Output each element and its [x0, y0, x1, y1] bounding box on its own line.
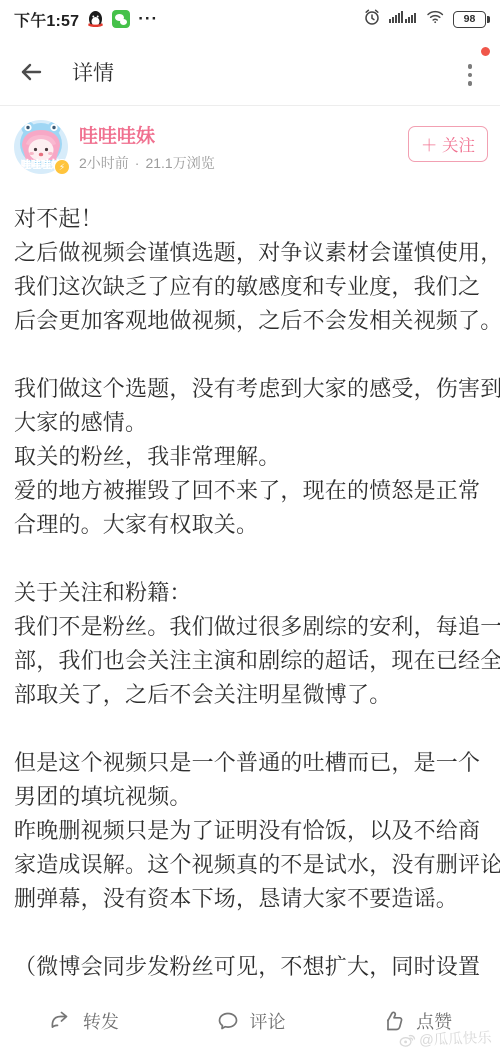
comment-icon	[215, 1008, 241, 1034]
post-text-line: 家造成误解。这个视频真的不是试水，没有删评论	[14, 848, 486, 882]
battery-percent: 98	[464, 13, 476, 25]
status-bar-right: 98	[363, 8, 486, 31]
post-text-line	[14, 542, 486, 576]
post-text-line: 我们这次缺乏了应有的敏感度和专业度，我们之	[14, 270, 486, 304]
post-text-line	[14, 916, 486, 950]
comment-button[interactable]: 评论	[167, 1008, 334, 1034]
post-text-line: 大家的感情。	[14, 406, 486, 440]
page-title: 详情	[72, 57, 114, 87]
post-text-line: 我们不是粉丝。我们做过很多剧综的安利，每追一	[14, 610, 486, 644]
post-text: 对不起！之后做视频会谨慎选题，对争议素材会谨慎使用，我们这次缺乏了应有的敏感度和…	[0, 202, 500, 984]
nav-menu-area	[454, 52, 486, 92]
watermark-text: @瓜瓜快乐	[419, 1026, 492, 1050]
comment-label: 评论	[250, 1008, 286, 1034]
wechat-icon	[112, 10, 130, 28]
repost-button[interactable]: 转发	[0, 1008, 167, 1034]
post-text-line: 对不起！	[14, 202, 486, 236]
notification-dot	[481, 47, 490, 56]
signal-icon	[389, 9, 418, 29]
author-info: 哇哇哇妹 2小时前 · 21.1万浏览	[79, 121, 215, 173]
post-text-line	[14, 338, 486, 372]
view-count: 21.1万浏览	[145, 153, 214, 173]
post-time: 2小时前	[79, 153, 129, 173]
repost-icon	[48, 1008, 74, 1034]
post-text-line: 取关的粉丝，我非常理解。	[14, 440, 486, 474]
post-text-line: 部，我们也会关注主演和剧综的超话，现在已经全	[14, 644, 486, 678]
post-text-line: （微博会同步发粉丝可见，不想扩大，同时设置	[14, 950, 486, 984]
author-name[interactable]: 哇哇哇妹	[79, 121, 215, 148]
post-text-line: 关于关注和粉籍：	[14, 576, 486, 610]
post-text-line: 部取关了，之后不会关注明星微博了。	[14, 678, 486, 712]
post-text-line: 之后做视频会谨慎选题，对争议素材会谨慎使用，	[14, 236, 486, 270]
weibo-logo-icon	[399, 1032, 417, 1048]
watermark: @瓜瓜快乐	[399, 1026, 492, 1050]
post-text-line: 我们做这个选题，没有考虑到大家的感受，伤害到	[14, 372, 486, 406]
post-text-line: 男团的填坑视频。	[14, 780, 486, 814]
nav-bar: 详情	[0, 38, 500, 106]
alarm-icon	[363, 8, 381, 31]
post-text-line: 昨晚删视频只是为了证明没有恰饭，以及不给商	[14, 814, 486, 848]
back-arrow-icon	[18, 59, 44, 85]
battery-indicator: 98	[453, 11, 486, 28]
post-text-line: 但是这个视频只是一个普通的吐槽而已，是一个	[14, 746, 486, 780]
repost-label: 转发	[83, 1008, 119, 1034]
post-text-line	[14, 712, 486, 746]
post-detail-page: 下午1:57 ···	[0, 0, 500, 1055]
avatar[interactable]: 哇哇哇妹 ⚡	[14, 120, 68, 174]
follow-button[interactable]: ＋ 关注	[408, 126, 488, 162]
qq-icon	[87, 10, 104, 28]
status-time: 下午1:57	[14, 8, 79, 31]
back-button[interactable]	[16, 57, 46, 87]
status-more-dots-icon: ···	[138, 14, 158, 24]
post-text-line: 合理的。大家有权取关。	[14, 508, 486, 542]
post-text-line: 后会更加客观地做视频，之后不会发相关视频了。	[14, 304, 486, 338]
meta-separator: ·	[135, 155, 140, 171]
status-bar: 下午1:57 ···	[0, 0, 500, 38]
lightning-badge-icon: ⚡	[54, 159, 70, 175]
status-bar-left: 下午1:57 ···	[14, 8, 158, 31]
more-menu-button[interactable]	[454, 64, 486, 86]
author-row: 哇哇哇妹 ⚡ 哇哇哇妹 2小时前 · 21.1万浏览 ＋ 关注	[0, 119, 500, 175]
post-meta: 2小时前 · 21.1万浏览	[79, 153, 215, 173]
post-text-line: 爱的地方被摧毁了回不来了，现在的愤怒是正常	[14, 474, 486, 508]
post-text-line: 删弹幕，没有资本下场，恳请大家不要造谣。	[14, 882, 486, 916]
wifi-icon	[426, 9, 445, 29]
